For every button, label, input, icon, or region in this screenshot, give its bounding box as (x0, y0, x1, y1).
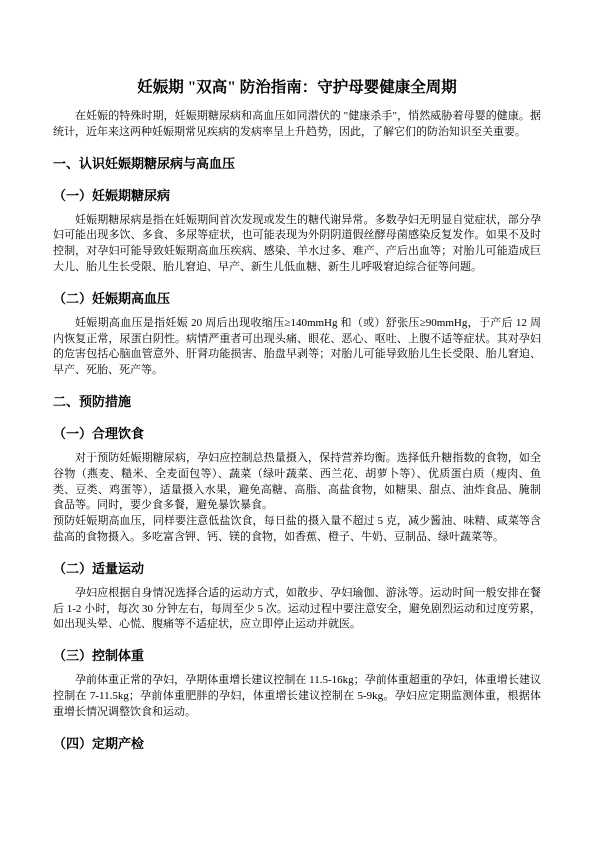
paragraph-exercise: 孕妇应根据自身情况选择合适的运动方式，如散步、孕妇瑜伽、游泳等。运动时间一般安排… (53, 586, 541, 633)
document-page: 妊娠期 "双高" 防治指南：守护母婴健康全周期 在妊娠的特殊时期，妊娠期糖尿病和… (0, 0, 595, 841)
intro-paragraph: 在妊娠的特殊时期，妊娠期糖尿病和高血压如同潜伏的 "健康杀手"，悄然威胁着母婴的… (53, 109, 541, 141)
document-title: 妊娠期 "双高" 防治指南：守护母婴健康全周期 (53, 78, 541, 98)
paragraph-weight: 孕前体重正常的孕妇，孕期体重增长建议控制在 11.5-16kg；孕前体重超重的孕… (53, 673, 541, 720)
section-2-heading: 二、预防措施 (53, 393, 541, 411)
subsection-hypertension-heading: （二）妊娠期高血压 (53, 290, 541, 308)
paragraph-low-salt: 预防妊娠期高血压，同样要注意低盐饮食，每日盐的摄入量不超过 5 克，减少酱油、味… (53, 514, 541, 546)
paragraph-hypertension: 妊娠期高血压是指妊娠 20 周后出现收缩压≥140mmHg 和（或）舒张压≥90… (53, 316, 541, 379)
subsection-exercise-heading: （二）适量运动 (53, 560, 541, 578)
paragraph-gdm: 妊娠期糖尿病是指在妊娠期间首次发现或发生的糖代谢异常。多数孕妇无明显自觉症状，部… (53, 213, 541, 276)
section-1-heading: 一、认识妊娠期糖尿病与高血压 (53, 155, 541, 173)
subsection-gdm-heading: （一）妊娠期糖尿病 (53, 187, 541, 205)
paragraph-diet: 对于预防妊娠期糖尿病，孕妇应控制总热量摄入，保持营养均衡。选择低升糖指数的食物，… (53, 451, 541, 514)
subsection-weight-heading: （三）控制体重 (53, 647, 541, 665)
subsection-checkup-heading: （四）定期产检 (53, 735, 541, 753)
subsection-diet-heading: （一）合理饮食 (53, 425, 541, 443)
